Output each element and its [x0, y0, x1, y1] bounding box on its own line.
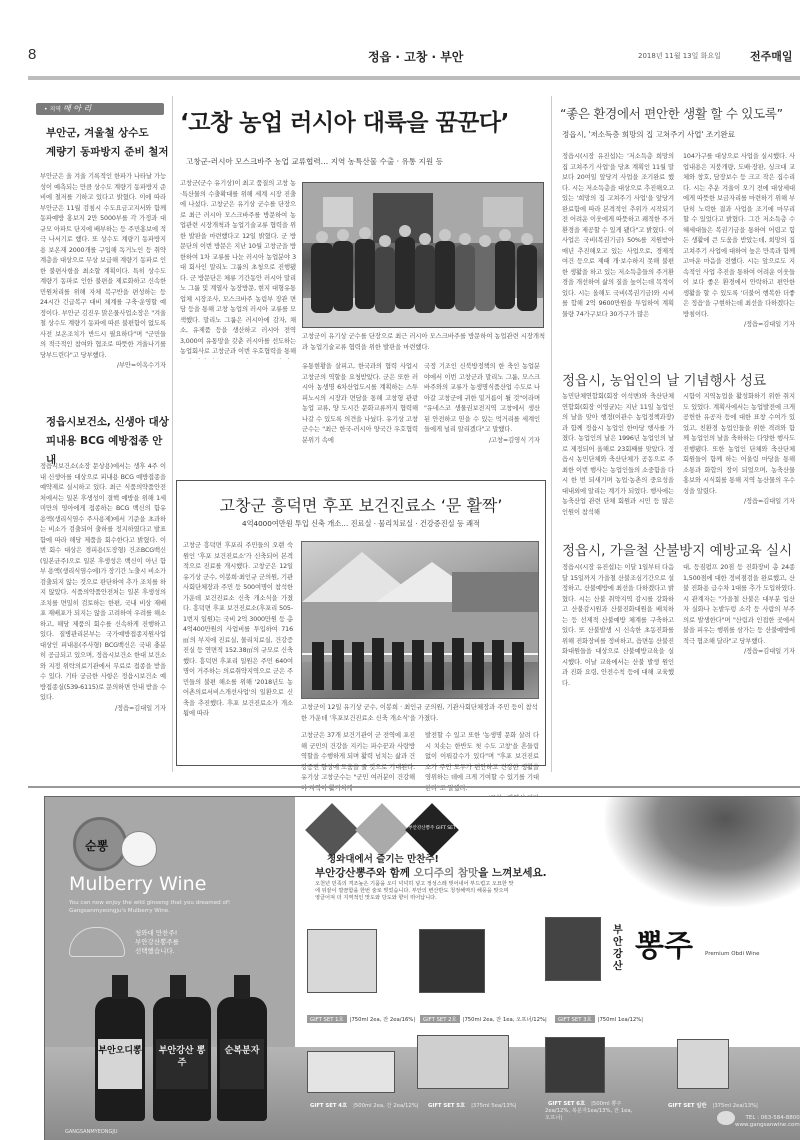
- article-column: 고창군은 37개 보건기관이 군 전역에 포진해 군민의 건강을 지키는 파수꾼…: [301, 731, 415, 794]
- article-subheadline: 정읍시, '저소득층 희망의 집 고쳐주기 사업' 조기완료: [562, 129, 802, 140]
- byline: /정읍=김대일 기자: [683, 320, 795, 331]
- wine-bottle: 부안강산 뽕주: [153, 997, 211, 1121]
- byline: /정읍=김대일 기자: [683, 647, 795, 658]
- photo-caption: 고창군이 12일 유기상 군수, 이봉희 · 최인규 군의원, 기관사회단체장과…: [301, 703, 541, 724]
- website-link[interactable]: www.gangsanwine.com: [735, 1122, 800, 1129]
- logo-text: 순뽕: [85, 837, 108, 854]
- article-headline: 부안군, 겨울철 상수도 계량기 동파방지 준비 철저: [46, 124, 170, 162]
- ad-divider: [28, 786, 800, 788]
- boxed-article: 고창군 흥덕면 후포 보건진료소 ‘문 활짝’ 4억4000여만원 투입 신축 …: [176, 480, 546, 766]
- article-headline: 정읍시, 농업인의 날 기념행사 성료: [562, 369, 802, 389]
- gift-set-label: GIFT SET 2호|750ml 2ea, 잔 1ea, 오프너/12%|: [420, 1015, 547, 1023]
- phone-number: TEL : 063-584-8800: [735, 1115, 800, 1122]
- ad-brand-title: Mulberry Wine: [69, 873, 206, 895]
- gift-set-label: GIFT SET 1호|750ml 2ea, 잔 2ea/16%|: [307, 1015, 415, 1023]
- fruit-diamond-image: [355, 803, 409, 857]
- gift-set-4-image: [307, 1051, 395, 1093]
- page-header: 8 정읍 · 고창 · 부안 2018년 11월 13일 화요일 전주매일: [28, 44, 800, 70]
- ad-headline-2: 부안강산뽕주와 함께 오디주의 참맛을 느껴보세요.: [315, 865, 547, 880]
- article-column: 국정 기조인 신북방정책의 한 축인 농업분야에서 이번 고창군과 말리노 그룹…: [424, 362, 540, 446]
- ad-headline-1: 청와대에서 즐기는 만찬주!: [327, 851, 439, 865]
- mascot-icon: [121, 831, 157, 867]
- issue-date: 2018년 11월 13일 화요일: [638, 51, 721, 61]
- mulberry-fruit-image: [605, 797, 800, 907]
- article-column: 정읍시(시장 유진섭)는 이달 1일부터 다음달 15일까지 가을철 산불조심기…: [562, 563, 674, 769]
- gift-set-label: GIFT SET 5호|375ml 5ea/13%|: [425, 1101, 517, 1109]
- gift-set-label: GIFT SET 6호|500ml 뽕주2ea/12%, 복분자1ea/13%,…: [545, 1101, 635, 1122]
- byline: /정읍=김대일 기자: [40, 704, 166, 715]
- gift-set-label: GIFT SET 3호|750ml 1ea/12%|: [555, 1015, 643, 1023]
- article-body: 정읍시보건소(소장 문상용)에서는 생후 4주 이내 신생아를 대상으로 피내용…: [40, 462, 166, 714]
- article-column: 발전할 수 있고 또한 '농생명 문화 살려 다시 치솟는 한반도 첫 수도 고…: [425, 731, 539, 805]
- article-body: 부안군은 올 겨울 기록적인 한파가 나타날 가능성이 예측되는 만큼 상수도 …: [40, 172, 166, 372]
- header-rule: [28, 76, 800, 80]
- article-column: 고창군 흥덕면 후포리 주민들의 오랜 숙원인 '후포 보건진료소'가 신축되어…: [183, 541, 293, 763]
- article-headline: 정읍시, 가을철 산불방지 예방교육 실시: [562, 539, 802, 559]
- byline: /정읍=김대일 기자: [683, 497, 795, 508]
- main-headline: ‘고창 농업 러시아 대륙을 꿈꾼다’: [180, 104, 540, 137]
- byline: /부안=이옥수기자: [40, 361, 166, 372]
- wine-bottle: 순복분자: [217, 997, 267, 1121]
- column-divider: [551, 96, 552, 772]
- ad-product-title: 뽕주: [635, 921, 693, 965]
- bullet-icon: •: [44, 106, 48, 113]
- article-column: 유통현황을 살피고, 한국과의 협력 사업시 고창군의 역할을 요청받았다. 군…: [302, 362, 418, 446]
- gift-set-regular-image: [677, 1039, 729, 1089]
- company-logo-icon: [717, 1111, 735, 1125]
- tag-prefix: 지역: [49, 106, 61, 113]
- article-column: 농민단체연합회(회장 이석변)와 축산단체연합회(회장 이영균)는 지난 11일…: [562, 392, 674, 528]
- tag-label: 매 아 리: [63, 104, 91, 113]
- boxed-subheadline: 4억4000여만원 투입 신축 개소… 진료실 · 물리치료실 · 건강증진실 …: [177, 519, 545, 529]
- gift-set-1-image: [307, 929, 377, 993]
- boxed-headline: 고창군 흥덕면 후포 보건진료소 ‘문 활짝’: [177, 493, 545, 516]
- section-title: 정읍 · 고창 · 부안: [368, 48, 463, 65]
- blue-house-caption: 청와대 만찬주! 부안강산뽕주를 선택했습니다.: [135, 929, 179, 956]
- article-column: 104가구를 대상으로 사업을 실시했다. 사업내용은 지붕개량, 도배·장판,…: [683, 152, 795, 352]
- delegation-photo: [302, 182, 544, 328]
- group-photo-image: [303, 183, 544, 328]
- maker-name: GANGSANMYEONGJU: [65, 1129, 118, 1135]
- article-column: 시함이 지역농업을 활성화하기 위한 취지도 있었다. 계획사에서는 농업발전에…: [683, 392, 795, 528]
- title-side-text: 부안강산: [613, 925, 627, 973]
- main-subheadline: 고창군-러시아 모스크바주 농업 교류협력… 지역 농특산물 수출 · 유통 지…: [186, 156, 546, 167]
- mulberry-wine-advertisement: 순뽕 Mulberry Wine You can now enjoy the w…: [44, 796, 800, 1140]
- ad-contact: TEL : 063-584-8800 www.gangsanwine.com: [735, 1115, 800, 1129]
- article-headline: “좋은 환경에서 편안한 생활 할 수 있도록”: [560, 104, 800, 122]
- gift-set-5-image: [417, 1035, 509, 1089]
- ad-body-copy: 오천년 민족의 격조높은 기품을 오디 넉넉히 넣고 정성스레 빚어내어 부드럽…: [315, 881, 515, 903]
- gift-set-6-image: [545, 1037, 605, 1093]
- page-number: 8: [28, 46, 36, 63]
- byline: /고창=김영식 기자: [424, 436, 540, 447]
- premium-label: Premium Obdi Wine: [705, 951, 760, 958]
- newspaper-name: 전주매일: [750, 48, 793, 64]
- photo-caption: 고창군이 유기상 군수를 단장으로 최근 러시아 모스크바주를 방문하여 농업관…: [302, 332, 547, 353]
- gift-set-3-image: [545, 917, 601, 981]
- clinic-opening-photo: [301, 541, 539, 699]
- article-column: 대, 등짐펌프 20점 등 진화장비 총 24종 1,500점에 대한 정비점검…: [683, 563, 795, 769]
- ad-tagline: You can now enjoy the wild ginseng that …: [69, 899, 279, 915]
- column-divider: [172, 96, 173, 772]
- gift-set-label: GIFT SET 일반|375ml 2ea/13%|: [665, 1101, 758, 1109]
- article-column: 고창군(군수 유기상)이 최고 품질의 고창 농·특산물의 수출확대를 위해 세…: [180, 179, 296, 359]
- gift-set-2-image: [419, 929, 485, 993]
- gift-set-badge-text: 부안강산뽕주 GIFT SET: [407, 825, 457, 831]
- ribbon-cutting-image: [302, 542, 539, 699]
- blackberry-diamond-image: [305, 803, 359, 857]
- section-tag: • 지역 매 아 리: [36, 103, 164, 115]
- gift-set-label: GIFT SET 4호|500ml 2ea, 잔 2ea/12%|: [307, 1101, 419, 1109]
- article-column: 정읍시(시장 유진섭)는 '저소득층 희망의 집 고쳐주기 사업'을 당초 계획…: [562, 152, 674, 352]
- wine-bottle: 부안오디뽕: [95, 997, 145, 1121]
